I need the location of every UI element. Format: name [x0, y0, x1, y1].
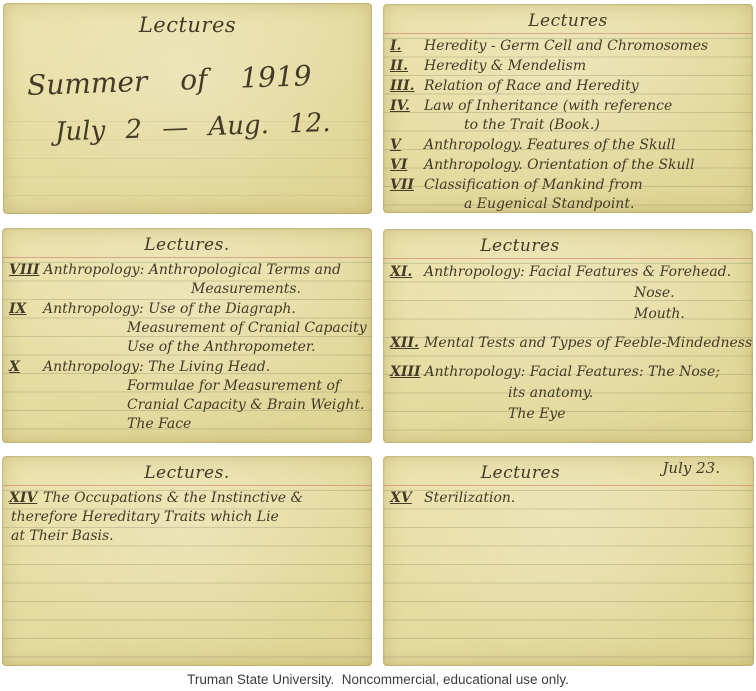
entry-numeral: VIII	[9, 261, 40, 280]
entry-line: a Eugenical Standpoint.	[390, 195, 750, 213]
cover-line: July 2 — Aug. 12.	[55, 106, 372, 147]
index-card: Lectures.VIIIAnthropology: Anthropologic…	[2, 228, 372, 443]
entry-first-line: IV.Law of Inheritance (with reference	[390, 97, 750, 116]
entry-numeral: XI.	[390, 262, 420, 283]
entry-first-line: I.Heredity - Germ Cell and Chromosomes	[390, 37, 750, 56]
lecture-entry: IV.Law of Inheritance (with referenceto …	[390, 97, 750, 135]
entry-line: Mental Tests and Types of Feeble-Mindedn…	[424, 333, 752, 354]
entry-line: its anatomy.	[390, 383, 750, 404]
rule-lines	[383, 490, 754, 666]
red-rule-line	[383, 258, 753, 259]
lecture-entry: II.Heredity & Mendelism	[390, 57, 750, 76]
index-card: LecturesSummer of 1919July 2 — Aug. 12.	[3, 3, 372, 214]
entry-first-line: III.Relation of Race and Heredity	[390, 77, 750, 96]
entry-numeral: XII.	[390, 333, 420, 354]
entry-first-line: XII.Mental Tests and Types of Feeble-Min…	[390, 333, 750, 354]
entry-numeral: I.	[390, 37, 420, 56]
entry-numeral: VI	[390, 156, 420, 175]
lecture-entry: XAnthropology: The Living Head.Formulae …	[9, 358, 369, 434]
entry-first-line: XAnthropology: The Living Head.	[9, 358, 369, 377]
entry-numeral: IX	[9, 300, 39, 319]
entry-line: Mouth.	[390, 304, 750, 325]
entry-line: Use of the Anthropometer.	[9, 338, 369, 357]
lecture-entry: XIVThe Occupations & the Instinctive &th…	[9, 489, 369, 546]
entry-line: Heredity & Mendelism	[424, 57, 586, 76]
entry-line: Measurement of Cranial Capacity	[9, 319, 369, 338]
card-title: Lectures.	[2, 235, 372, 255]
entry-line: The Eye	[390, 404, 750, 425]
entry-first-line: XIVThe Occupations & the Instinctive &	[9, 489, 369, 508]
entry-line: Nose.	[390, 283, 750, 304]
entry-numeral: XIV	[9, 489, 39, 508]
lecture-entry: VIIClassification of Mankind froma Eugen…	[390, 176, 750, 213]
lecture-entry: XVSterilization.	[390, 489, 751, 508]
entry-first-line: VIIClassification of Mankind from	[390, 176, 750, 195]
red-rule-line	[2, 257, 372, 258]
entry-numeral: II.	[390, 57, 420, 76]
entry-line: Anthropology. Features of the Skull	[424, 136, 675, 155]
entry-line: Law of Inheritance (with reference	[424, 97, 672, 116]
entry-line: Cranial Capacity & Brain Weight.	[9, 396, 369, 415]
entry-line: Anthropology. Orientation of the Skull	[424, 156, 695, 175]
lecture-entries: XIVThe Occupations & the Instinctive &th…	[9, 489, 369, 547]
entry-line: Heredity - Germ Cell and Chromosomes	[424, 37, 708, 56]
entry-first-line: VIIIAnthropology: Anthropological Terms …	[9, 261, 369, 280]
entry-numeral: XIII	[390, 362, 421, 383]
red-rule-line	[383, 33, 753, 34]
index-card: LecturesI.Heredity - Germ Cell and Chrom…	[383, 4, 753, 213]
entry-line: to the Trait (Book.)	[390, 116, 750, 135]
index-card: Lectures.XIVThe Occupations & the Instin…	[2, 456, 372, 666]
lecture-entries: XVSterilization.	[390, 489, 751, 509]
entry-line: Formulae for Measurement of	[9, 377, 369, 396]
entry-line: Anthropology: The Living Head.	[43, 358, 270, 377]
entry-first-line: IXAnthropology: Use of the Diagraph.	[9, 300, 369, 319]
lecture-entry: VIIIAnthropology: Anthropological Terms …	[9, 261, 369, 299]
entry-line: Anthropology: Anthropological Terms and	[44, 261, 341, 280]
entry-numeral: VII	[390, 176, 420, 195]
entry-first-line: VIAnthropology. Orientation of the Skull	[390, 156, 750, 175]
lecture-entry: I.Heredity - Germ Cell and Chromosomes	[390, 37, 750, 56]
entry-numeral: X	[9, 358, 39, 377]
entry-line: therefore Hereditary Traits which Lie	[9, 508, 369, 527]
entry-first-line: XIIIAnthropology: Facial Features: The N…	[390, 362, 750, 383]
lecture-entry: XII.Mental Tests and Types of Feeble-Min…	[390, 333, 750, 354]
lecture-entry: III.Relation of Race and Heredity	[390, 77, 750, 96]
lecture-entries: XI.Anthropology: Facial Features & Foreh…	[390, 262, 750, 433]
red-rule-line	[2, 485, 372, 486]
entry-first-line: VAnthropology. Features of the Skull	[390, 136, 750, 155]
entry-first-line: XI.Anthropology: Facial Features & Foreh…	[390, 262, 750, 283]
entry-line: Sterilization.	[424, 489, 515, 508]
lecture-entry: IXAnthropology: Use of the Diagraph.Meas…	[9, 300, 369, 357]
entry-first-line: II.Heredity & Mendelism	[390, 57, 750, 76]
card-title: Lectures	[383, 463, 706, 483]
lecture-entry: VAnthropology. Features of the Skull	[390, 136, 750, 155]
entry-numeral: IV.	[390, 97, 420, 116]
card-title: Lectures.	[2, 463, 372, 483]
red-rule-line	[383, 485, 754, 486]
lecture-entry: XIIIAnthropology: Facial Features: The N…	[390, 362, 750, 425]
attribution-caption: Truman State University. Noncommercial, …	[0, 672, 756, 687]
entry-numeral: III.	[390, 77, 420, 96]
lecture-entries: VIIIAnthropology: Anthropological Terms …	[9, 261, 369, 435]
card-title: Lectures	[383, 11, 753, 31]
card-title: Lectures	[383, 236, 705, 256]
entry-line: Anthropology: Facial Features: The Nose;	[425, 362, 720, 383]
entry-numeral: V	[390, 136, 420, 155]
lecture-entry: VIAnthropology. Orientation of the Skull	[390, 156, 750, 175]
entry-line: Anthropology: Use of the Diagraph.	[43, 300, 296, 319]
entry-line: Relation of Race and Heredity	[424, 77, 639, 96]
index-card: LecturesXI.Anthropology: Facial Features…	[383, 229, 753, 443]
lecture-entries: I.Heredity - Germ Cell and ChromosomesII…	[390, 37, 750, 213]
entry-numeral: XV	[390, 489, 420, 508]
card-title: Lectures	[3, 13, 372, 37]
entry-first-line: XVSterilization.	[390, 489, 751, 508]
entry-line: at Their Basis.	[9, 527, 369, 546]
entry-line: The Occupations & the Instinctive &	[43, 489, 303, 508]
entry-line: Classification of Mankind from	[424, 176, 643, 195]
entry-line: Measurements.	[9, 280, 369, 299]
index-card: July 23.LecturesXVSterilization.	[383, 456, 754, 666]
entry-line: The Face	[9, 415, 369, 434]
entry-line: Anthropology: Facial Features & Forehead…	[424, 262, 731, 283]
scanned-cards-sheet: LecturesSummer of 1919July 2 — Aug. 12. …	[0, 0, 756, 691]
lecture-entry: XI.Anthropology: Facial Features & Foreh…	[390, 262, 750, 325]
cover-line: Summer of 1919	[27, 57, 372, 102]
